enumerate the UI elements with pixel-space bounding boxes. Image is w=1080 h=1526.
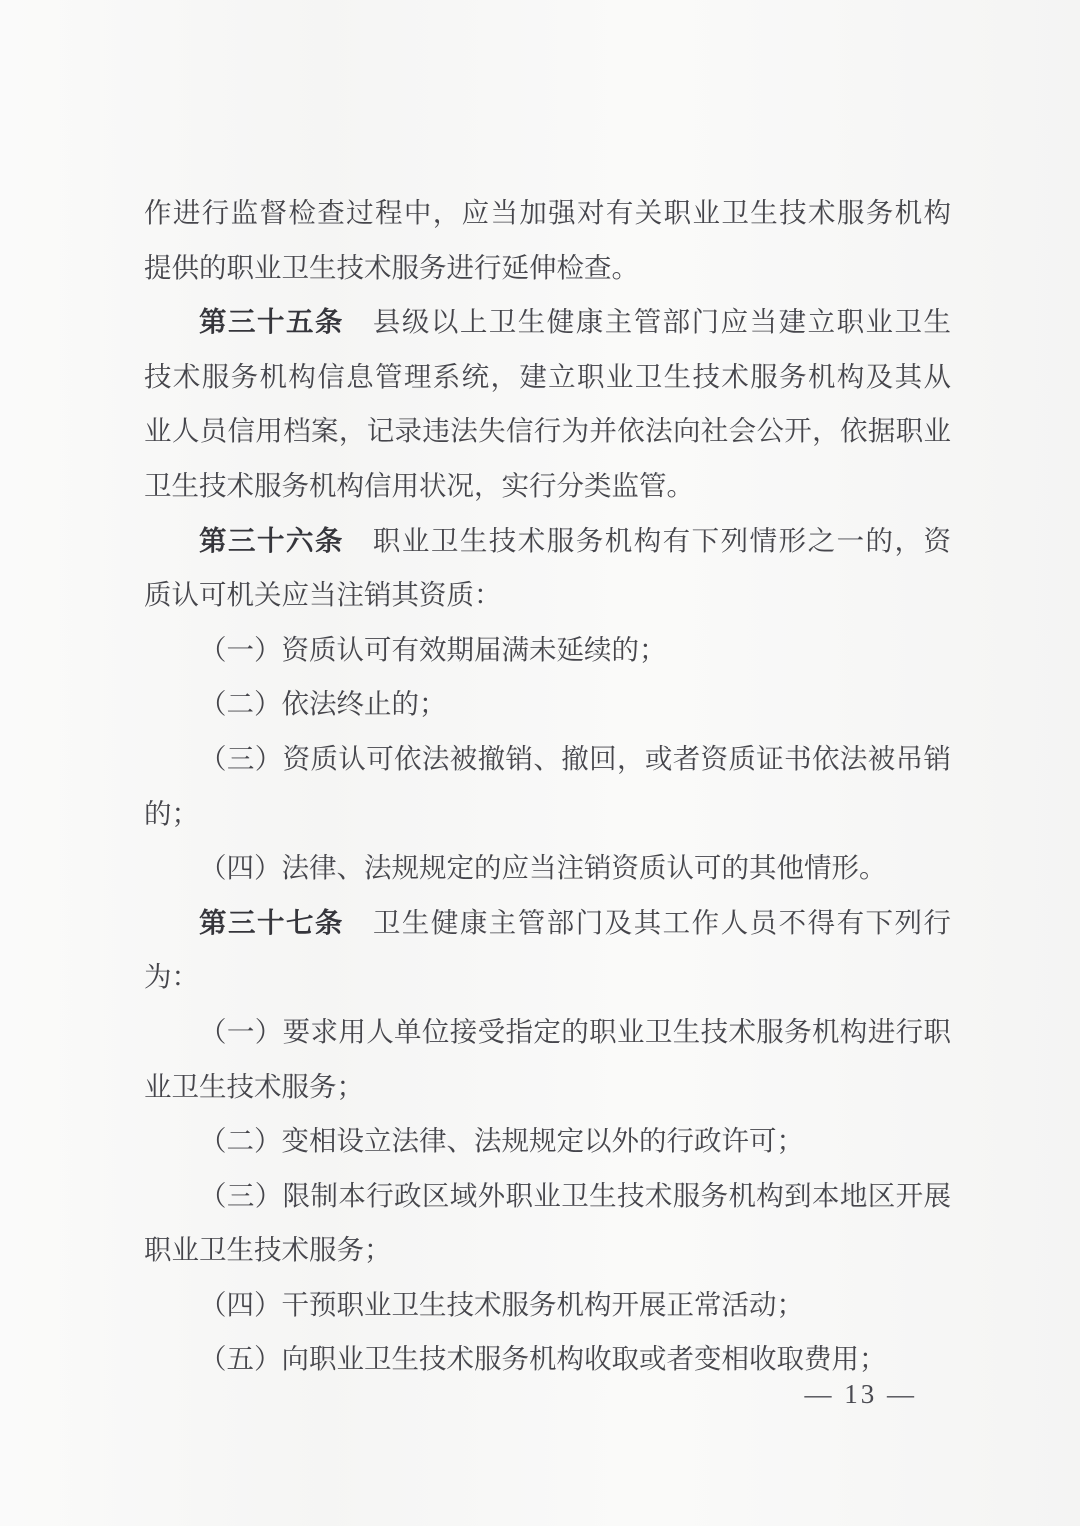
text-line: 提供的职业卫生技术服务进行延伸检查。 (144, 241, 951, 296)
document-page: 作进行监督检查过程中，应当加强对有关职业卫生技术服务机构提供的职业卫生技术服务进… (0, 0, 1080, 1526)
text-line: （三）资质认可依法被撤销、撤回，或者资质证书依法被吊销 (144, 732, 951, 787)
line-text: （四）法律、法规规定的应当注销资质认可的其他情形。 (199, 852, 887, 883)
line-text: （三）限制本行政区域外职业卫生技术服务机构到本地区开展 (199, 1180, 951, 1211)
line-text: 职业卫生技术服务机构有下列情形之一的，资 (344, 525, 951, 556)
text-line: 的； (144, 787, 951, 842)
line-text: （五）向职业卫生技术服务机构收取或者变相收取费用； (199, 1343, 887, 1374)
line-text: 职业卫生技术服务； (144, 1234, 392, 1265)
text-line: （三）限制本行政区域外职业卫生技术服务机构到本地区开展 (144, 1169, 951, 1224)
text-line: 作进行监督检查过程中，应当加强对有关职业卫生技术服务机构 (144, 186, 951, 241)
article-number: 第三十六条 (199, 525, 344, 556)
line-text: （一）要求用人单位接受指定的职业卫生技术服务机构进行职 (199, 1016, 951, 1047)
article-number: 第三十七条 (199, 907, 344, 938)
text-line: 第三十七条 卫生健康主管部门及其工作人员不得有下列行 (144, 896, 951, 951)
line-text: 县级以上卫生健康主管部门应当建立职业卫生 (344, 306, 951, 337)
text-line: 第三十五条 县级以上卫生健康主管部门应当建立职业卫生 (144, 295, 951, 350)
line-text: 提供的职业卫生技术服务进行延伸检查。 (144, 252, 639, 283)
line-text: （一）资质认可有效期届满未延续的； (199, 634, 667, 665)
line-text: （二）依法终止的； (199, 688, 447, 719)
text-line: （四）法律、法规规定的应当注销资质认可的其他情形。 (144, 841, 951, 896)
text-line: 业卫生技术服务； (144, 1060, 951, 1115)
text-line: 技术服务机构信息管理系统，建立职业卫生技术服务机构及其从 (144, 350, 951, 405)
line-text: 卫生健康主管部门及其工作人员不得有下列行 (344, 907, 951, 938)
document-body: 作进行监督检查过程中，应当加强对有关职业卫生技术服务机构提供的职业卫生技术服务进… (144, 186, 951, 1387)
text-line: 为： (144, 950, 951, 1005)
page-number: — 13 — (805, 1378, 918, 1410)
line-text: 卫生技术服务机构信用状况，实行分类监管。 (144, 470, 694, 501)
text-line: （四）干预职业卫生技术服务机构开展正常活动； (144, 1278, 951, 1333)
line-text: 作进行监督检查过程中，应当加强对有关职业卫生技术服务机构 (144, 197, 951, 228)
text-line: （二）依法终止的； (144, 677, 951, 732)
line-text: 业人员信用档案，记录违法失信行为并依法向社会公开，依据职业 (144, 415, 951, 446)
line-text: 为： (144, 961, 199, 992)
line-text: 质认可机关应当注销其资质： (144, 579, 502, 610)
line-text: 业卫生技术服务； (144, 1071, 364, 1102)
text-line: 业人员信用档案，记录违法失信行为并依法向社会公开，依据职业 (144, 404, 951, 459)
article-number: 第三十五条 (199, 306, 344, 337)
line-text: （四）干预职业卫生技术服务机构开展正常活动； (199, 1289, 804, 1320)
line-text: （二）变相设立法律、法规规定以外的行政许可； (199, 1125, 804, 1156)
text-line: （一）资质认可有效期届满未延续的； (144, 623, 951, 678)
text-line: 职业卫生技术服务； (144, 1223, 951, 1278)
text-line: 第三十六条 职业卫生技术服务机构有下列情形之一的，资 (144, 514, 951, 569)
line-text: 的； (144, 798, 199, 829)
line-text: 技术服务机构信息管理系统，建立职业卫生技术服务机构及其从 (144, 361, 951, 392)
line-text: （三）资质认可依法被撤销、撤回，或者资质证书依法被吊销 (199, 743, 951, 774)
text-line: （一）要求用人单位接受指定的职业卫生技术服务机构进行职 (144, 1005, 951, 1060)
text-line: （二）变相设立法律、法规规定以外的行政许可； (144, 1114, 951, 1169)
text-line: 卫生技术服务机构信用状况，实行分类监管。 (144, 459, 951, 514)
text-line: 质认可机关应当注销其资质： (144, 568, 951, 623)
